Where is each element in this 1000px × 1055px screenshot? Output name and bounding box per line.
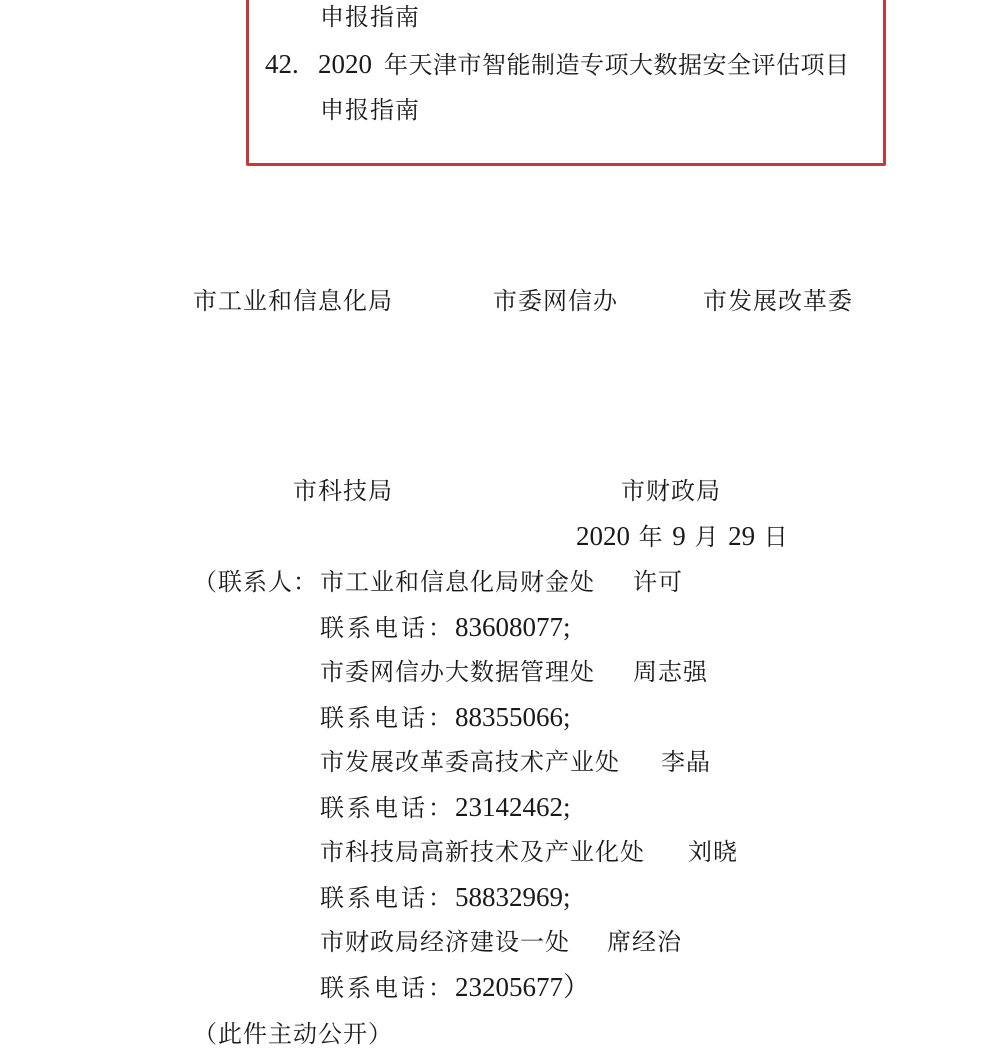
contact-person: 许可	[633, 567, 683, 597]
contact-dept: 市财政局经济建设一处	[320, 927, 570, 957]
contact-phone-line: 联系电话：23142462;	[320, 792, 571, 823]
contacts-intro: （联系人：	[193, 567, 318, 597]
signatory-industry-bureau: 市工业和信息化局	[193, 286, 393, 316]
contact-dept: 市发展改革委高技术产业处	[320, 747, 620, 777]
phone-label: 联系电话：	[320, 974, 455, 1002]
contact-person: 李晶	[661, 747, 711, 777]
contact-dept: 市工业和信息化局财金处	[320, 567, 595, 597]
document-page: 申报指南 42. 2020 年天津市智能制造专项大数据安全评估项目 申报指南 市…	[0, 0, 1000, 1055]
contact-phone-line: 联系电话：83608077;	[320, 612, 571, 643]
contact-phone-line: 联系电话：58832969;	[320, 882, 571, 913]
contact-phone-line: 联系电话：88355066;	[320, 702, 571, 733]
phone-number: 58832969;	[455, 882, 571, 912]
date-day: 29	[728, 521, 755, 551]
public-release-note: （此件主动公开）	[193, 1019, 393, 1049]
date-month: 9	[672, 521, 686, 551]
contact-person: 刘晓	[688, 837, 738, 867]
phone-label: 联系电话：	[320, 794, 455, 822]
contact-dept: 市委网信办大数据管理处	[320, 657, 595, 687]
item-42-number: 42.	[265, 49, 299, 79]
signatory-finance-bureau: 市财政局	[621, 476, 721, 506]
phone-number: 23205677）	[455, 972, 590, 1002]
date-month-unit: 月	[694, 523, 719, 551]
phone-number: 83608077;	[455, 612, 571, 642]
phone-label: 联系电话：	[320, 704, 455, 732]
signatory-science-tech-bureau: 市科技局	[293, 476, 393, 506]
contact-phone-line: 联系电话：23205677）	[320, 972, 590, 1003]
phone-label: 联系电话：	[320, 884, 455, 912]
contact-person: 席经治	[607, 927, 682, 957]
item-42-continuation: 申报指南	[320, 95, 420, 125]
signatory-cyberspace-office: 市委网信办	[493, 286, 618, 316]
phone-number: 23142462;	[455, 792, 571, 822]
item-42-year: 2020	[318, 49, 372, 79]
date-year-unit: 年	[639, 523, 664, 551]
item-41-continuation: 申报指南	[320, 2, 420, 32]
phone-number: 88355066;	[455, 702, 571, 732]
contact-dept: 市科技局高新技术及产业化处	[320, 837, 645, 867]
phone-label: 联系电话：	[320, 614, 455, 642]
date-day-unit: 日	[764, 523, 789, 551]
contact-person: 周志强	[633, 657, 708, 687]
item-42-title: 年天津市智能制造专项大数据安全评估项目	[384, 50, 850, 80]
document-date: 2020 年 9 月 29 日	[576, 521, 789, 552]
signatory-development-reform: 市发展改革委	[703, 286, 853, 316]
date-year: 2020	[576, 521, 630, 551]
